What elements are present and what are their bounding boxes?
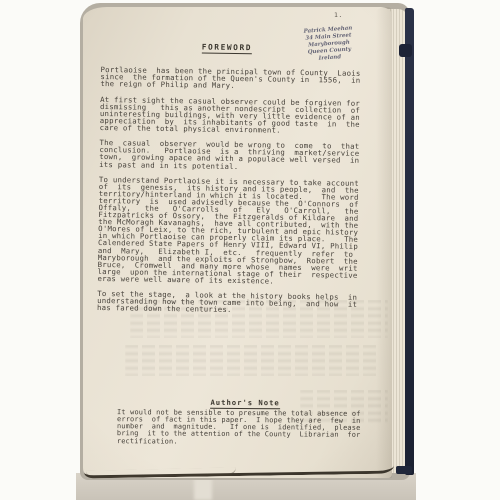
paragraph: The casual observer would be wrong to co… (99, 139, 365, 171)
foreword-heading-text: FOREWORD (202, 42, 253, 54)
book-cover-notch (399, 44, 412, 57)
paragraph: To set the stage, a look at the history … (97, 290, 363, 315)
showthrough-text-ghost (125, 345, 379, 376)
page-number: 1. (334, 11, 343, 19)
book-cover-edge (405, 8, 414, 475)
paragraph: To understand Portlaoise it is necessary… (97, 176, 365, 286)
authors-note-section: Author's Note It would not be sensible t… (117, 397, 357, 446)
book-cover-corner (396, 466, 412, 474)
photo-of-open-book: 1. Patrick Meehan 34 Main Street Marybor… (0, 0, 500, 500)
paragraph: Portlaoise has been the principal town o… (100, 66, 366, 91)
authors-note-heading: Author's Note (117, 397, 357, 408)
foreword-section: FOREWORD Portlaoise has been the princip… (97, 41, 367, 324)
authors-note-heading-text: Author's Note (210, 398, 279, 409)
paragraph: At first sight the casual observer could… (100, 96, 366, 135)
